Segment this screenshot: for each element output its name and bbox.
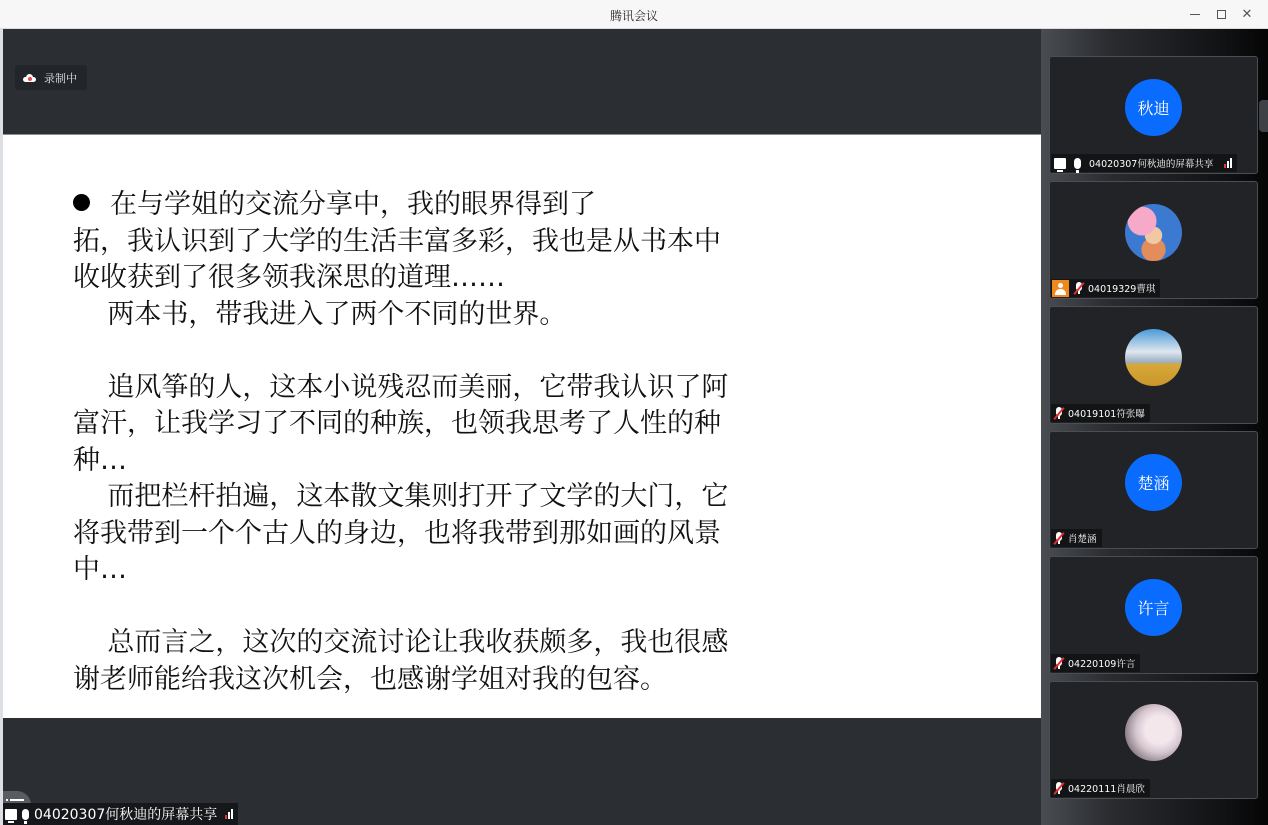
mic-muted-icon — [1054, 782, 1063, 794]
participant-label: 04020307何秋迪的屏幕共享 — [1051, 154, 1237, 172]
list-icon — [10, 799, 24, 801]
shared-slide: 在与学姐的交流分享中，我的眼界得到了 拓，我认识到了大学的生活丰富多彩，我也是从… — [3, 134, 1041, 718]
participant-name: 04220109许言 — [1068, 656, 1135, 670]
minimize-button[interactable] — [1182, 4, 1208, 24]
window-controls: ✕ — [1182, 4, 1260, 24]
slide-line: 种… — [73, 443, 833, 480]
recording-label: 录制中 — [44, 70, 77, 86]
screen-share-icon — [5, 809, 17, 820]
participant-name: 04020307何秋迪的屏幕共享 — [1089, 156, 1213, 170]
cloud-recording-icon — [23, 74, 36, 82]
signal-icon — [225, 809, 233, 819]
participant-name: 04019101符张曝 — [1068, 406, 1145, 420]
participant-tile[interactable]: 04019101符张曝 — [1049, 306, 1258, 424]
avatar — [1125, 204, 1182, 261]
close-button[interactable]: ✕ — [1234, 4, 1260, 24]
recording-badge[interactable]: 录制中 — [15, 65, 87, 90]
participant-label: 04019329曹琪 — [1051, 279, 1160, 297]
participant-name: 04019329曹琪 — [1088, 281, 1155, 295]
participant-tile[interactable]: 秋迪 04020307何秋迪的屏幕共享 — [1049, 56, 1258, 174]
title-bar: 腾讯会议 ✕ — [0, 0, 1268, 29]
mic-icon — [22, 809, 29, 820]
slide-line: 中… — [73, 552, 833, 589]
slide-line: 在与学姐的交流分享中，我的眼界得到了 — [73, 187, 833, 224]
participant-label: 04220111肖晨欣 — [1051, 779, 1150, 797]
close-icon: ✕ — [1242, 7, 1253, 22]
participant-tile[interactable]: 楚涵 肖楚涵 — [1049, 431, 1258, 549]
participant-tile[interactable]: 许言 04220109许言 — [1049, 556, 1258, 674]
mic-icon — [1074, 158, 1081, 169]
slide-line: 收收获到了很多领我深思的道理…… — [73, 260, 833, 297]
minimize-icon — [1190, 14, 1200, 15]
screen-share-label: 04020307何秋迪的屏幕共享 — [3, 803, 238, 825]
participant-name: 肖楚涵 — [1068, 531, 1097, 545]
participant-label: 肖楚涵 — [1051, 529, 1102, 547]
slide-line: 谢老师能给我这次机会，也感谢学姐对我的包容。 — [73, 662, 833, 699]
mic-muted-icon — [1054, 657, 1063, 669]
slide-line: 将我带到一个个古人的身边，也将我带到那如画的风景 — [73, 516, 833, 553]
window-title: 腾讯会议 — [0, 7, 1268, 24]
maximize-button[interactable] — [1208, 4, 1234, 24]
signal-icon — [1224, 158, 1232, 168]
slide-line: 总而言之，这次的交流讨论让我收获颇多，我也很感 — [73, 625, 833, 662]
slide-text: 在与学姐的交流分享中，我的眼界得到了 拓，我认识到了大学的生活丰富多彩，我也是从… — [73, 187, 833, 698]
mic-muted-icon — [1054, 532, 1063, 544]
participant-name: 04220111肖晨欣 — [1068, 781, 1145, 795]
avatar: 秋迪 — [1125, 79, 1182, 136]
share-label-text: 04020307何秋迪的屏幕共享 — [34, 804, 217, 824]
slide-line: 两本书，带我进入了两个不同的世界。 — [73, 297, 833, 334]
sidebar-scroll-handle[interactable] — [1259, 100, 1268, 132]
avatar — [1125, 329, 1182, 386]
participant-label: 04220109许言 — [1051, 654, 1140, 672]
participant-label: 04019101符张曝 — [1051, 404, 1150, 422]
shared-screen-area: 录制中 在与学姐的交流分享中，我的眼界得到了 拓，我认识到了大学的生活丰富多彩，… — [3, 29, 1041, 825]
participant-tile[interactable]: 04220111肖晨欣 — [1049, 681, 1258, 799]
slide-line: 拓，我认识到了大学的生活丰富多彩，我也是从书本中 — [73, 224, 833, 261]
slide-line: 而把栏杆拍遍，这本散文集则打开了文学的大门，它 — [73, 479, 833, 516]
avatar — [1125, 704, 1182, 761]
mic-muted-icon — [1074, 282, 1083, 294]
maximize-icon — [1217, 10, 1226, 19]
avatar: 许言 — [1125, 579, 1182, 636]
mic-muted-icon — [1054, 407, 1063, 419]
host-person-icon — [1052, 280, 1069, 297]
screen-share-icon — [1054, 158, 1066, 169]
bullet-icon — [73, 194, 90, 211]
slide-line: 富汗，让我学习了不同的种族，也领我思考了人性的种 — [73, 406, 833, 443]
participant-sidebar[interactable]: 秋迪 04020307何秋迪的屏幕共享 04019329曹琪 04019101符… — [1041, 29, 1268, 825]
slide-line: 追风筝的人，这本小说残忍而美丽，它带我认识了阿 — [73, 370, 833, 407]
participant-tile[interactable]: 04019329曹琪 — [1049, 181, 1258, 299]
avatar: 楚涵 — [1125, 454, 1182, 511]
